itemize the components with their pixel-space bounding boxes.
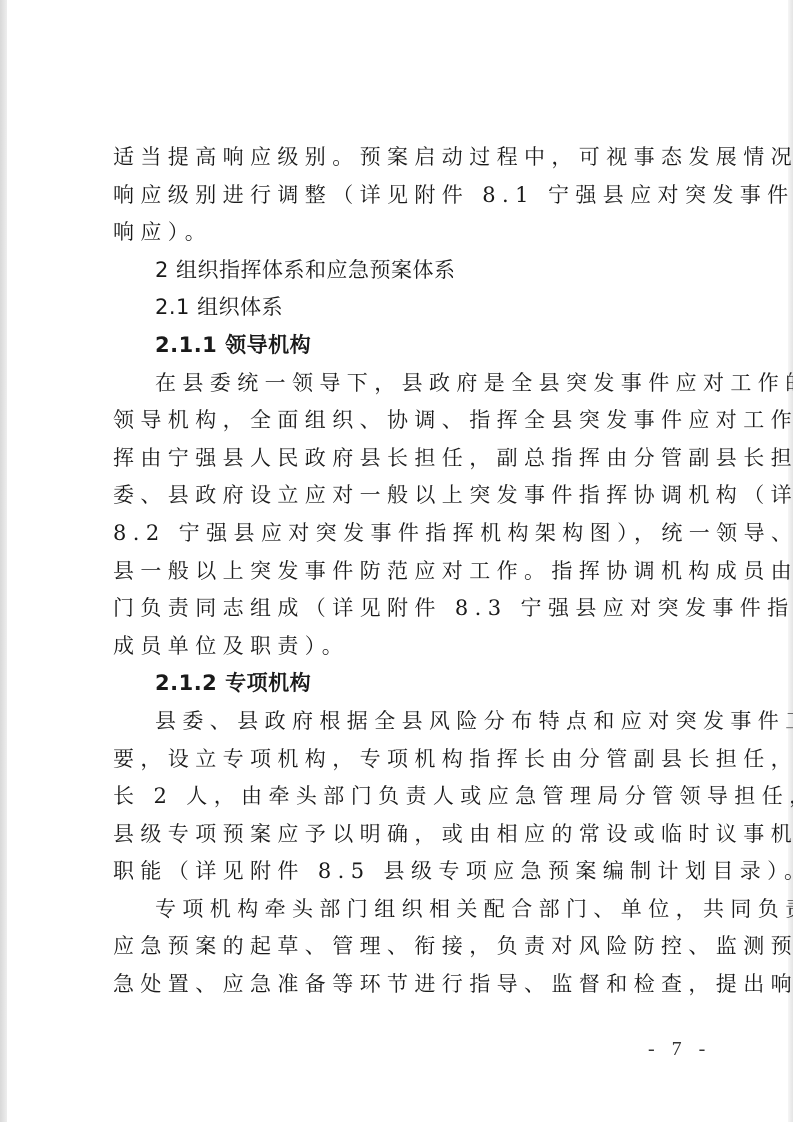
body-line: 在县委统一领导下，县政府是全县突发事件应对工作的行政: [113, 365, 693, 403]
body-line: 要，设立专项机构，专项机构指挥长由分管副县长担任，副指挥: [113, 741, 693, 779]
page-number: - 7 -: [648, 1038, 711, 1061]
body-line: 长 2 人，由牵头部门负责人或应急管理局分管领导担任，各相应: [113, 778, 693, 816]
body-line: 职能（详见附件 8.5 县级专项应急预案编制计划目录）。: [113, 853, 693, 891]
body-line: 挥由宁强县人民政府县长担任，副总指挥由分管副县长担任。县: [113, 440, 693, 478]
body-line: 急处置、应急准备等环节进行指导、监督和检查，提出响应启动: [113, 966, 693, 1004]
section-heading-2-1: 2.1 组织体系: [113, 289, 693, 327]
scan-edge-left: [0, 0, 7, 1122]
body-line: 县一般以上突发事件防范应对工作。指挥协调机构成员由有关部: [113, 553, 693, 591]
body-line: 领导机构，全面组织、协调、指挥全县突发事件应对工作。总指: [113, 402, 693, 440]
body-line: 响应）。: [113, 214, 693, 252]
section-heading-2: 2 组织指挥体系和应急预案体系: [113, 252, 693, 290]
body-line: 应急预案的起草、管理、衔接，负责对风险防控、监测预警、应: [113, 928, 693, 966]
body-line: 成员单位及职责）。: [113, 628, 693, 666]
section-heading-2-1-2: 2.1.2 专项机构: [113, 665, 693, 703]
page-body: 适当提高响应级别。预案启动过程中，可视事态发展情况及时对 响应级别进行调整（详见…: [113, 139, 693, 1004]
body-line: 县级专项预案应予以明确，或由相应的常设或临时议事机构承担: [113, 816, 693, 854]
body-line: 适当提高响应级别。预案启动过程中，可视事态发展情况及时对: [113, 139, 693, 177]
body-line: 专项机构牵头部门组织相关配合部门、单位，共同负责相关: [113, 891, 693, 929]
body-line: 8.2 宁强县应对突发事件指挥机构架构图），统一领导、指挥全: [113, 515, 693, 553]
section-heading-2-1-1: 2.1.1 领导机构: [113, 327, 693, 365]
body-line: 县委、县政府根据全县风险分布特点和应对突发事件工作需: [113, 703, 693, 741]
body-line: 响应级别进行调整（详见附件 8.1 宁强县应对突发事件应急处置: [113, 177, 693, 215]
body-line: 委、县政府设立应对一般以上突发事件指挥协调机构（详见附件: [113, 477, 693, 515]
body-line: 门负责同志组成（详见附件 8.3 宁强县应对突发事件指挥机构各: [113, 590, 693, 628]
